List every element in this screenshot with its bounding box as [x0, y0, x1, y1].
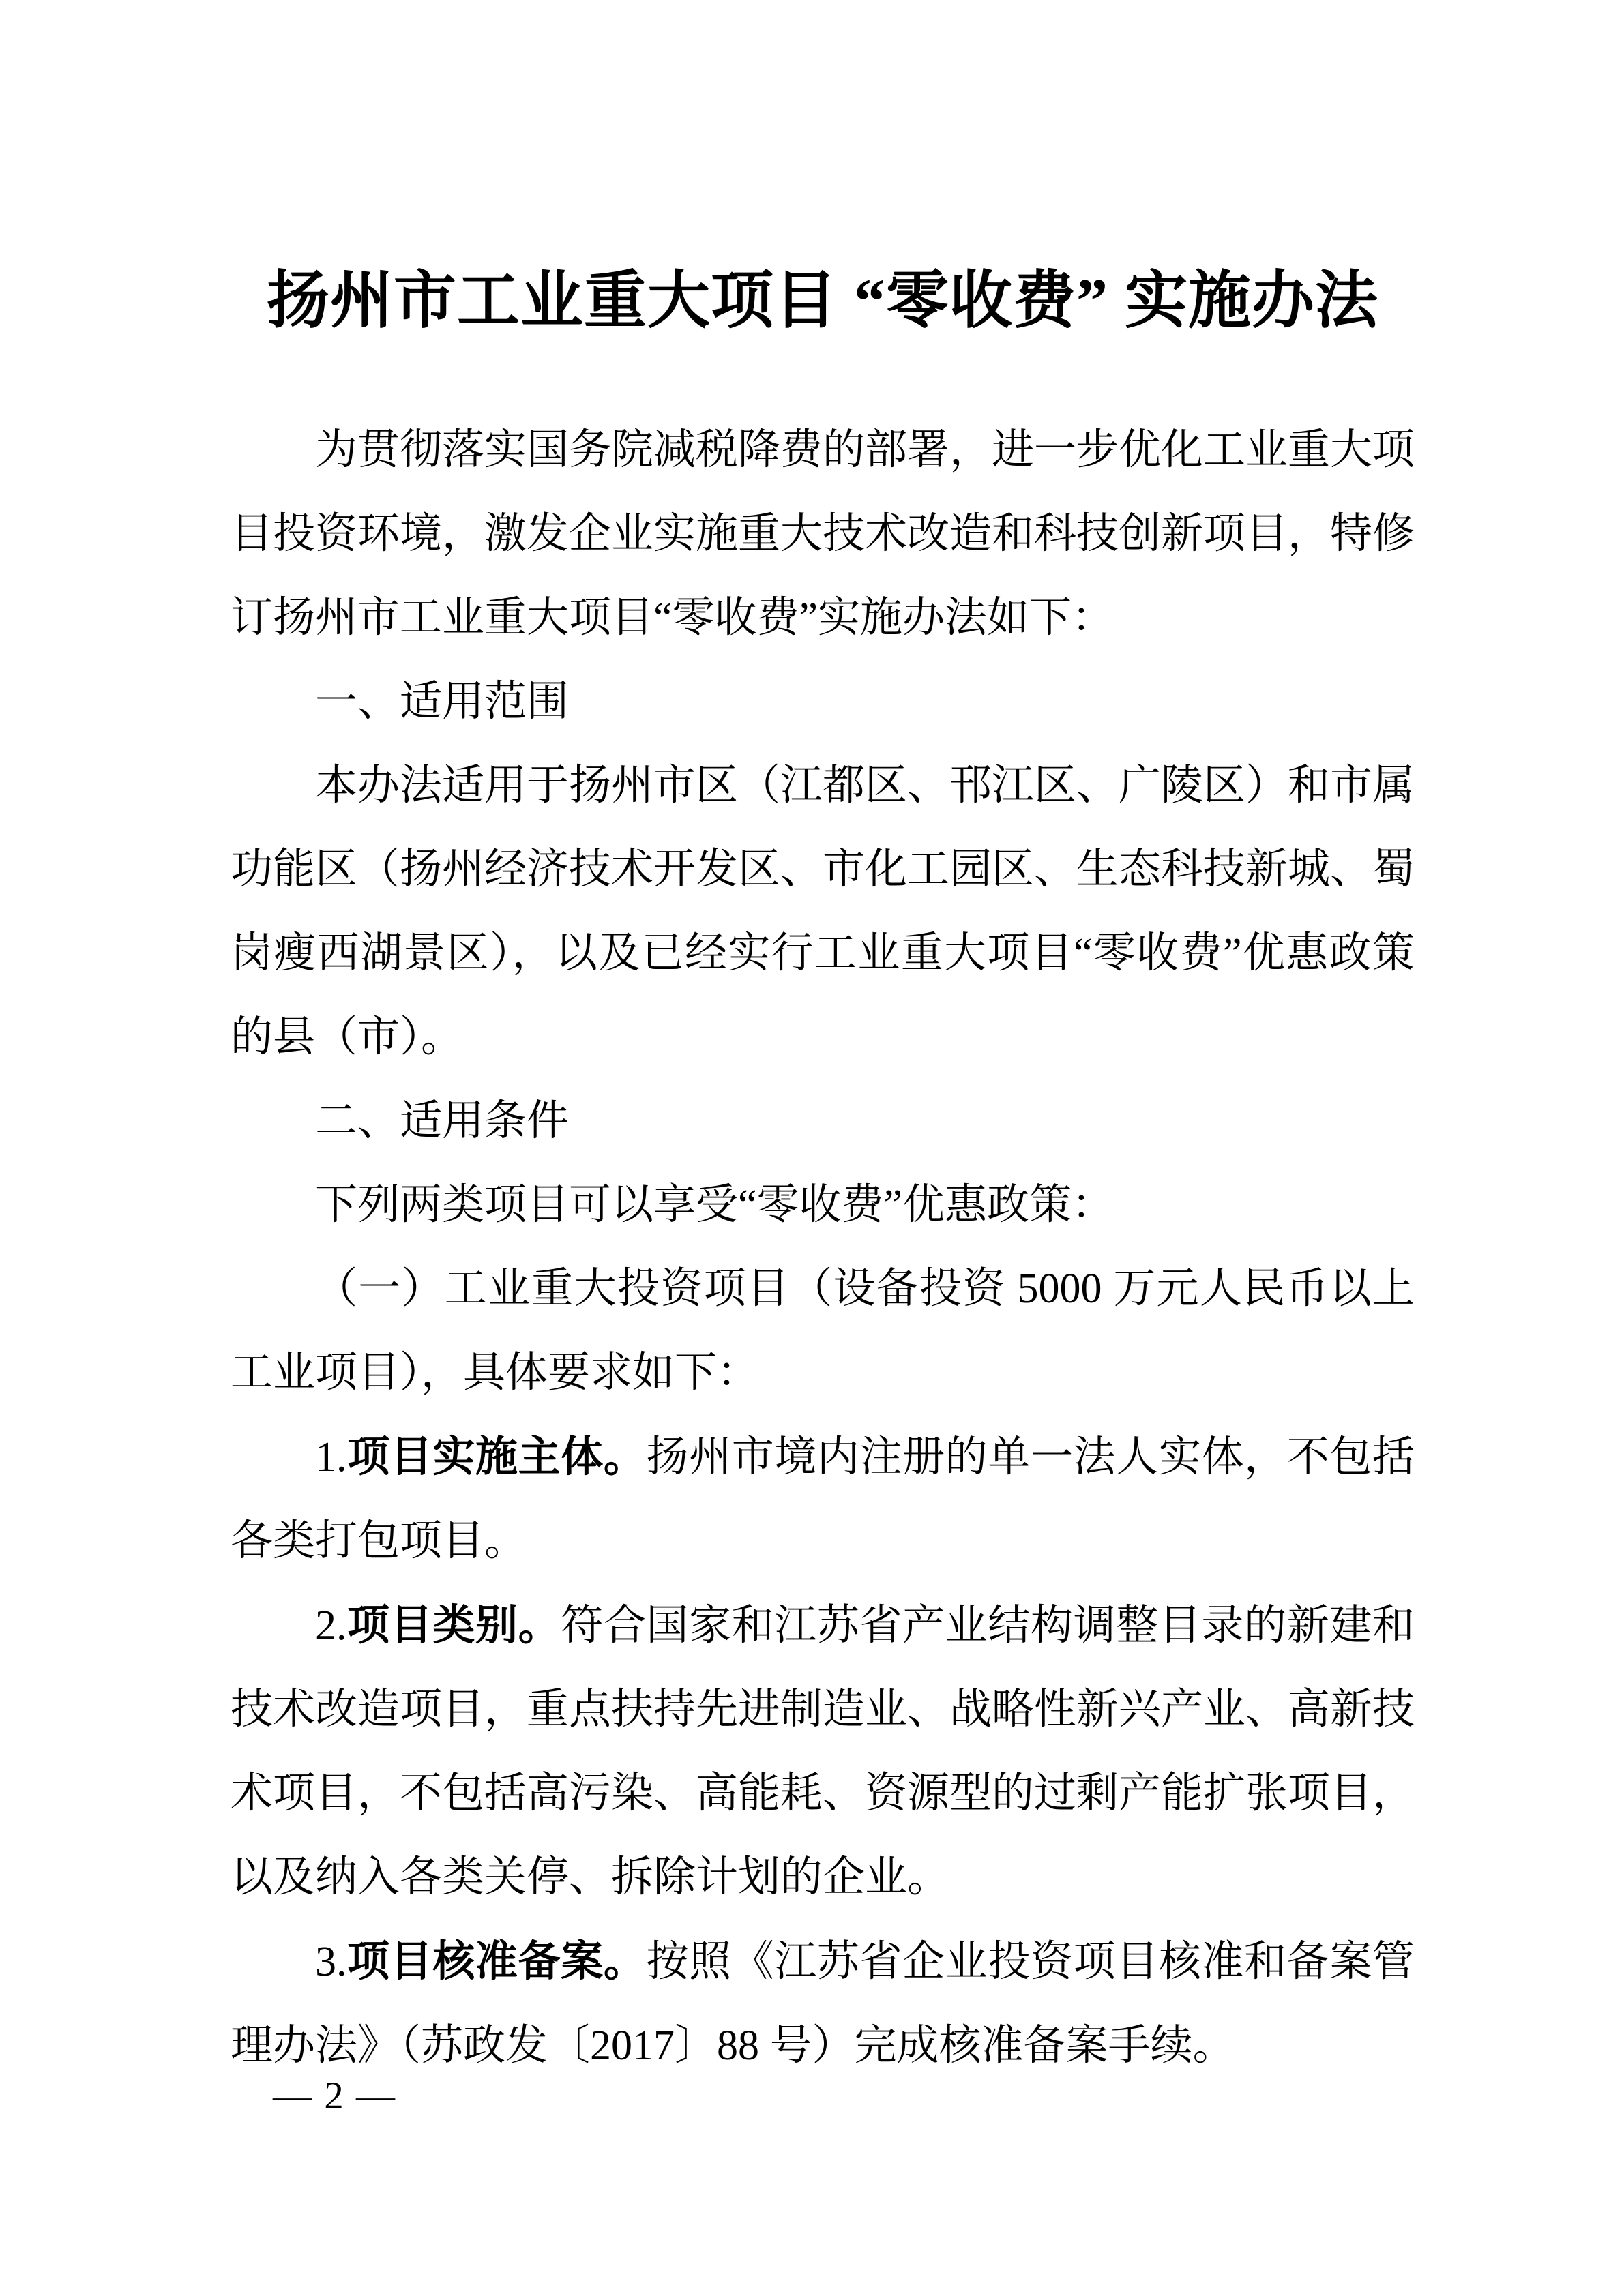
- item-3-lead: 项目核准备案。: [347, 1938, 647, 1985]
- document-page: 扬州市工业重大项目 “零收费” 实施办法 为贯彻落实国务院减税降费的部署，进一步…: [0, 0, 1624, 2296]
- item-1-number: 1.: [315, 1434, 347, 1480]
- item-1-lead: 项目实施主体。: [347, 1433, 647, 1480]
- section-1-heading: 一、适用范围: [231, 660, 1415, 744]
- requirement-item-3: 3.项目核准备案。按照《江苏省企业投资项目核准和备案管理办法》（苏政发〔2017…: [231, 1920, 1415, 2088]
- item-3-number: 3.: [315, 1939, 347, 1985]
- document-title: 扬州市工业重大项目 “零收费” 实施办法: [231, 263, 1415, 339]
- requirement-item-2: 2.项目类别。符合国家和江苏省产业结构调整目录的新建和技术改造项目，重点扶持先进…: [231, 1583, 1415, 1920]
- section-1-body: 本办法适用于扬州市区（江都区、邗江区、广陵区）和市属功能区（扬州经济技术开发区、…: [231, 744, 1415, 1079]
- section-2-intro: 下列两类项目可以享受“零收费”优惠政策：: [231, 1163, 1415, 1247]
- document-content: 扬州市工业重大项目 “零收费” 实施办法 为贯彻落实国务院减税降费的部署，进一步…: [231, 0, 1415, 2088]
- requirement-item-1: 1.项目实施主体。扬州市境内注册的单一法人实体，不包括各类打包项目。: [231, 1415, 1415, 1583]
- page-number: — 2 —: [273, 2076, 396, 2117]
- section-2-heading: 二、适用条件: [231, 1079, 1415, 1163]
- document-body: 为贯彻落实国务院减税降费的部署，进一步优化工业重大项目投资环境，激发企业实施重大…: [231, 408, 1415, 2088]
- item-2-number: 2.: [315, 1602, 347, 1649]
- section-2-category-1: （一）工业重大投资项目（设备投资 5000 万元人民币以上工业项目），具体要求如…: [231, 1247, 1415, 1415]
- intro-paragraph: 为贯彻落实国务院减税降费的部署，进一步优化工业重大项目投资环境，激发企业实施重大…: [231, 408, 1415, 660]
- item-2-lead: 项目类别。: [347, 1602, 561, 1649]
